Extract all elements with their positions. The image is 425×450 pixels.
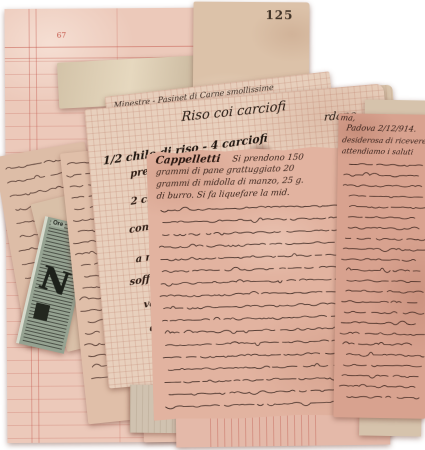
margin-word: con	[129, 222, 149, 236]
page-number-67: 67	[57, 31, 67, 40]
letter-line: desiderosa di ricevere	[341, 135, 425, 145]
recipe-heading: Cappelletti	[155, 153, 221, 167]
handwriting-lines	[338, 158, 425, 402]
handwriting-lines	[156, 198, 356, 412]
photo-of-manuscript-stack: 67 125 Minestre - Pasinet di Carne smoll…	[0, 0, 425, 450]
padova-letter-page: ma, Padova 2/12/914. desiderosa di ricev…	[333, 113, 425, 419]
letter-line: attendiamo i saluti	[341, 146, 414, 156]
page-number-125: 125	[265, 8, 293, 22]
cappelletti-manuscript-page: CappellettiSi prendono 150 grammi di pan…	[146, 145, 361, 421]
margin-word: soff	[130, 274, 151, 288]
letter-fragment: ma,	[340, 113, 356, 122]
recipe-title: Riso coi carciofi	[181, 99, 286, 125]
letter-dateline: Padova 2/12/914.	[346, 123, 417, 133]
manuscript-text: Si prendono 150	[232, 153, 304, 165]
